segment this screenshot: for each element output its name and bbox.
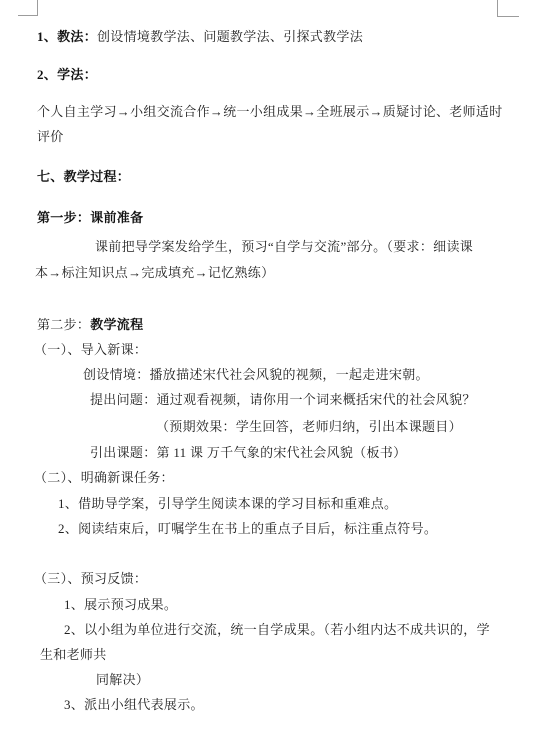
text-run: （三）、预习反馈：	[34, 571, 147, 586]
text-run: 引出课题：第 11 课 万千气象的宋代社会风貌（板书）	[90, 445, 406, 460]
text-run: 创设情境：播放描述宋代社会风貌的视频，一起走进宋朝。	[83, 367, 429, 382]
text-boundary-mark-top-left	[18, 0, 38, 16]
text-run: 同解决）	[96, 672, 149, 687]
line-step1-desc: 课前把导学案发给学生，预习“自学与交流”部分。（要求：细读课	[95, 238, 473, 255]
line-feedback-2-cont2: 同解决）	[96, 671, 149, 688]
line-expected-effect: （预期效果：学生回答，老师归纳，引出本课题目）	[156, 418, 462, 435]
text-run: 本→标注知识点→完成填充→记忆熟练）	[35, 265, 274, 280]
document-page: 1、教法：创设情境教学法、问题教学法、引探式教学法 2、学法： 个人自主学习→小…	[0, 0, 538, 741]
line-learning-flow-cont: 评价	[37, 128, 64, 145]
text-run: 创设情境教学法、问题教学法、引探式教学法	[97, 29, 363, 44]
text-run: 第二步：	[37, 317, 90, 332]
text-run: 1、展示预习成果。	[64, 597, 177, 612]
text-run: 七、教学过程：	[37, 169, 130, 184]
heading-step2-flow: 第二步：教学流程	[37, 316, 143, 333]
line-teaching-methods: 1、教法：创设情境教学法、问题教学法、引探式教学法	[37, 28, 363, 45]
heading-step1-preparation: 第一步：课前准备	[37, 209, 143, 226]
heading-teaching-process: 七、教学过程：	[37, 168, 130, 185]
line-section3-title: （三）、预习反馈：	[34, 570, 147, 587]
heading-learning-methods: 2、学法：	[37, 66, 97, 83]
line-learning-flow: 个人自主学习→小组交流合作→统一小组成果→全班展示→质疑讨论、老师适时	[37, 103, 503, 120]
line-feedback-1: 1、展示预习成果。	[64, 596, 177, 613]
text-run: 教学流程	[90, 317, 143, 332]
text-run: 2、学法：	[37, 67, 97, 82]
line-feedback-2-cont: 生和老师共	[40, 646, 107, 663]
line-task-2: 2、阅读结束后，叮嘱学生在书上的重点子目后，标注重点符号。	[58, 520, 437, 537]
text-run: 1、教法：	[37, 29, 97, 44]
line-introduce-topic: 引出课题：第 11 课 万千气象的宋代社会风貌（板书）	[90, 444, 406, 461]
text-run: 2、以小组为单位进行交流，统一自学成果。（若小组内达不成共识的，学	[64, 622, 490, 637]
line-feedback-3: 3、派出小组代表展示。	[64, 696, 204, 713]
text-run: 3、派出小组代表展示。	[64, 697, 204, 712]
text-run: （预期效果：学生回答，老师归纳，引出本课题目）	[156, 419, 462, 434]
text-run: （二）、明确新课任务：	[34, 470, 174, 485]
text-run: 评价	[37, 129, 64, 144]
text-boundary-mark-top-right	[497, 0, 519, 17]
text-run: 提出问题：通过观看视频，请你用一个词来概括宋代的社会风貌？	[90, 392, 476, 407]
line-section2-title: （二）、明确新课任务：	[34, 469, 174, 486]
text-run: 1、借助导学案，引导学生阅读本课的学习目标和重难点。	[58, 496, 397, 511]
line-section1-title: （一）、导入新课：	[34, 341, 147, 358]
line-step1-desc-cont: 本→标注知识点→完成填充→记忆熟练）	[35, 264, 274, 281]
line-create-context: 创设情境：播放描述宋代社会风貌的视频，一起走进宋朝。	[83, 366, 429, 383]
text-run: 第一步：课前准备	[37, 210, 143, 225]
text-run: 生和老师共	[40, 647, 107, 662]
line-task-1: 1、借助导学案，引导学生阅读本课的学习目标和重难点。	[58, 495, 397, 512]
text-run: 2、阅读结束后，叮嘱学生在书上的重点子目后，标注重点符号。	[58, 521, 437, 536]
line-feedback-2: 2、以小组为单位进行交流，统一自学成果。（若小组内达不成共识的，学	[64, 621, 490, 638]
text-run: （一）、导入新课：	[34, 342, 147, 357]
line-raise-question: 提出问题：通过观看视频，请你用一个词来概括宋代的社会风貌？	[90, 391, 476, 408]
text-run: 个人自主学习→小组交流合作→统一小组成果→全班展示→质疑讨论、老师适时	[37, 104, 503, 119]
text-run: 课前把导学案发给学生，预习“自学与交流”部分。（要求：细读课	[95, 239, 473, 254]
